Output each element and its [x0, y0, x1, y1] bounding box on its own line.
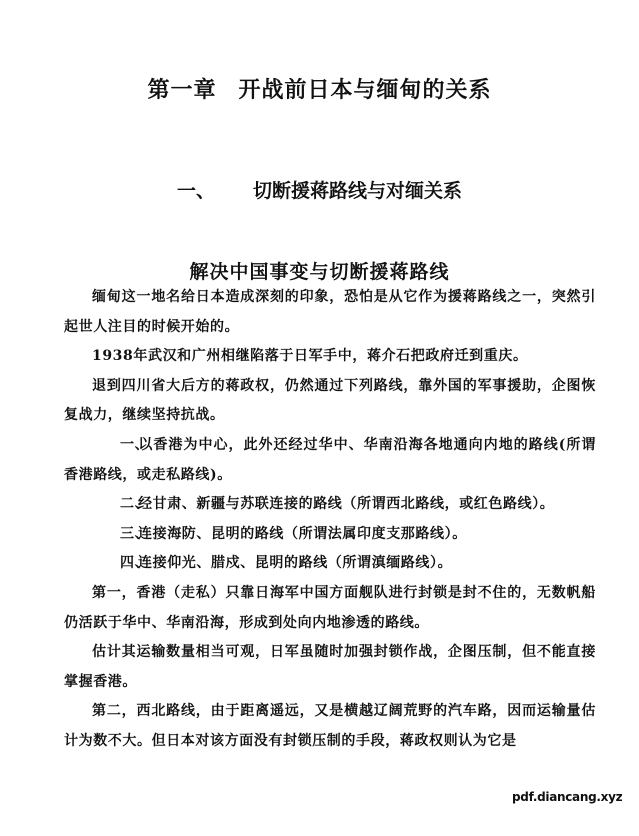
route-item: 二、经甘肃、新疆与苏联连接的路线（所谓西北路线，或红色路线）。 [64, 490, 596, 520]
route-item: 一、以香港为中心，此外还经过华中、华南沿海各地通向内地的路线(所谓香港路线，或走… [64, 431, 596, 490]
subsection-title: 解决中国事变与切断援蒋路线 [0, 257, 639, 284]
section-number: 一、 [177, 180, 215, 202]
route-text: 连接海防、昆明的路线（所谓法属印度支那路线）。 [138, 526, 467, 542]
route-text: 连接仰光、腊戍、昆明的路线（所谓滇缅路线）。 [138, 555, 452, 571]
route-text: 经甘肃、新疆与苏联连接的路线（所谓西北路线，或红色路线）。 [138, 496, 554, 512]
route-number: 四、 [92, 549, 138, 579]
chapter-title: 第一章开战前日本与缅甸的关系 [0, 73, 639, 104]
chapter-number: 第一章 [147, 77, 216, 103]
body-text: 缅甸这一地名给日本造成深刻的印象，恐怕是从它作为援蒋路线之一，突然引起世人注目的… [64, 283, 596, 757]
section-title-text: 切断援蒋路线与对缅关系 [253, 180, 462, 202]
paragraph: 估计其运输数量相当可观，日军虽随时加强封锁作战，企图压制，但不能直接掌握香港。 [64, 638, 596, 697]
paragraph: 1938年武汉和广州相继陷落于日军手中，蒋介石把政府迁到重庆。 [64, 342, 596, 372]
chapter-title-text: 开战前日本与缅甸的关系 [239, 77, 492, 103]
paragraph: 缅甸这一地名给日本造成深刻的印象，恐怕是从它作为援蒋路线之一，突然引起世人注目的… [64, 283, 596, 342]
section-title: 一、切断援蒋路线与对缅关系 [0, 176, 639, 203]
paragraph: 第二，西北路线，由于距离遥远，又是横越辽阔荒野的汽车路，因而运输量估计为数不大。… [64, 697, 596, 756]
route-number: 二、 [92, 490, 138, 520]
route-item: 三、连接海防、昆明的路线（所谓法属印度支那路线）。 [64, 520, 596, 550]
paragraph: 第一，香港（走私）只靠日海军中国方面舰队进行封锁是封不住的，无数帆船仍活跃于华中… [64, 579, 596, 638]
route-number: 一、 [92, 431, 138, 461]
route-item: 四、连接仰光、腊戍、昆明的路线（所谓滇缅路线）。 [64, 549, 596, 579]
route-number: 三、 [92, 520, 138, 550]
paragraph: 退到四川省大后方的蒋政权，仍然通过下列路线，靠外国的军事援助，企图恢复战力，继续… [64, 372, 596, 431]
watermark: pdf.diancang.xyz [512, 790, 622, 804]
